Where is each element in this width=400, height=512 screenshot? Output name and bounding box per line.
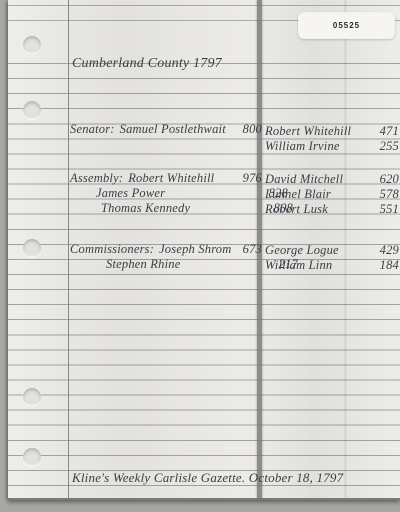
assembly-row: Thomas Kennedy 808 [70,201,293,216]
candidate-name: Lunnel Blair [265,187,331,201]
senator-row: Senator:Samuel Postlethwait 800 [70,122,262,137]
candidate-name: David Mitchell [265,172,343,186]
commissioner-opponent-row: William Linn 184 [265,258,399,273]
vote-count: 578 [380,187,399,202]
candidate-name: William Linn [265,258,332,272]
candidate-name: Robert Whitehill [265,124,351,138]
candidate-name: Thomas Kennedy [101,201,190,215]
archive-number: 05525 [333,21,360,30]
commissioner-row: Commissioners:Joseph Shrom 673 [70,242,262,257]
senator-opponent-row: William Irvine 255 [265,139,399,154]
candidate-name: George Logue [265,243,339,257]
source-citation: Kline's Weekly Carlisle Gazette. October… [72,470,343,486]
candidate-name: Samuel Postlethwait [120,122,226,136]
page-title: Cumberland County 1797 [72,56,222,72]
candidate-name: Robert Lusk [265,202,328,216]
candidate-name: William Irvine [265,139,340,153]
vote-count: 471 [380,124,399,139]
punch-hole [23,448,41,466]
candidate-name: Robert Whitehill [128,171,214,185]
section-label: Commissioners: [70,242,154,256]
punch-hole [23,239,41,257]
commissioner-row: Stephen Rhine 217 [70,257,298,272]
vote-count: 429 [380,243,399,258]
assembly-opponent-row: Robert Lusk 551 [265,202,399,217]
candidate-name: Stephen Rhine [106,257,180,271]
assembly-opponent-row: Lunnel Blair 578 [265,187,399,202]
vote-count: 255 [380,139,399,154]
section-label: Senator: [70,122,115,136]
vote-count: 673 [243,242,262,257]
candidate-name: Joseph Shrom [159,242,231,256]
punch-hole [23,36,41,54]
assembly-row: Assembly:Robert Whitehill 976 [70,171,262,186]
ruled-line-top [8,5,400,6]
assembly-row: James Power 828 [70,186,288,201]
punch-hole [23,101,41,119]
paper-sheet: 05525 Cumberland County 1797 Senator:Sam… [8,0,400,500]
archive-sticker: 05525 [298,12,395,39]
scanned-page: 05525 Cumberland County 1797 Senator:Sam… [0,0,400,512]
vote-count: 800 [243,122,262,137]
candidate-name: James Power [96,186,165,200]
assembly-opponent-row: David Mitchell 620 [265,172,399,187]
vote-count: 620 [380,172,399,187]
margin-line [68,0,69,498]
vote-count: 976 [243,171,262,186]
punch-hole [23,388,41,406]
vote-count: 184 [380,258,399,273]
vote-count: 551 [380,202,399,217]
senator-opponent-row: Robert Whitehill 471 [265,124,399,139]
section-label: Assembly: [70,171,123,185]
commissioner-opponent-row: George Logue 429 [265,243,399,258]
